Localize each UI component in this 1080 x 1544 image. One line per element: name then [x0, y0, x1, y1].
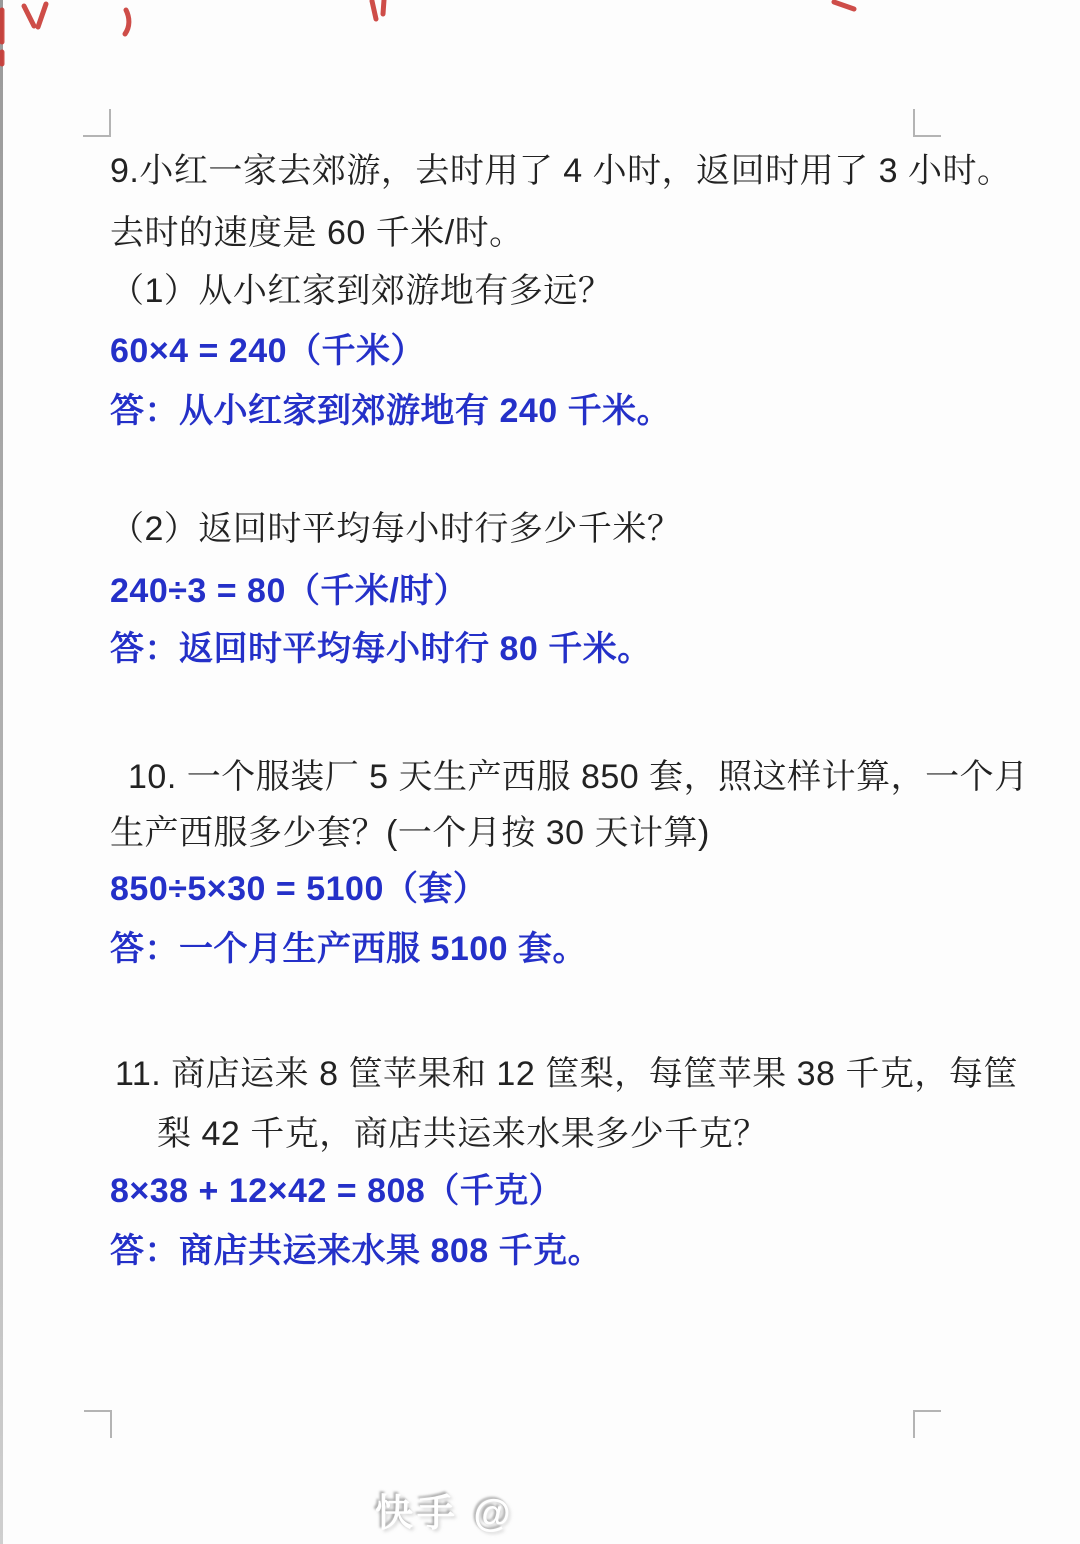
red-ink-marks	[0, 0, 1080, 72]
worksheet-page: 9.小红一家去郊游，去时用了 4 小时，返回时用了 3 小时。 去时的速度是 6…	[0, 0, 1080, 1544]
kuaishou-watermark: 快手 @	[375, 1482, 515, 1537]
problem11-text-line2: 梨 42 千克，商店共运来水果多少千克？	[157, 1113, 768, 1155]
problem10-text-line1: 10. 一个服装厂 5 天生产西服 850 套，照这样计算，一个月	[128, 756, 1029, 798]
problem11-equation: 8×38 + 12×42 = 808（千克）	[110, 1170, 563, 1212]
problem9-part2-equation: 240÷3 = 80（千米/时）	[110, 570, 468, 612]
page-edge-line	[0, 0, 3, 1544]
problem9-part1-question: （1）从小红家到郊游地有多远？	[110, 270, 612, 312]
crop-mark-bottom-left	[84, 1410, 112, 1438]
problem11-answer: 答：商店共运来水果 808 千克。	[110, 1230, 602, 1272]
problem9-part2-answer: 答：返回时平均每小时行 80 千米。	[110, 628, 652, 670]
crop-mark-top-right	[913, 109, 941, 137]
problem9-part2-question: （2）返回时平均每小时行多少千米？	[110, 508, 681, 550]
problem9-part1-equation: 60×4 = 240（千米）	[110, 330, 425, 372]
problem9-part1-answer: 答：从小红家到郊游地有 240 千米。	[110, 390, 671, 432]
problem9-text-line2: 去时的速度是 60 千米/时。	[110, 212, 524, 254]
problem10-answer: 答：一个月生产西服 5100 套。	[110, 928, 587, 970]
problem11-text-line1: 11. 商店运来 8 筐苹果和 12 筐梨，每筐苹果 38 千克，每筐	[115, 1053, 1018, 1095]
crop-mark-top-left	[83, 109, 111, 137]
problem9-text-line1: 9.小红一家去郊游，去时用了 4 小时，返回时用了 3 小时。	[110, 150, 1011, 192]
problem10-equation: 850÷5×30 = 5100（套）	[110, 868, 487, 910]
crop-mark-bottom-right	[913, 1410, 941, 1438]
problem10-text-line2: 生产西服多少套？(一个月按 30 天计算)	[110, 812, 710, 854]
